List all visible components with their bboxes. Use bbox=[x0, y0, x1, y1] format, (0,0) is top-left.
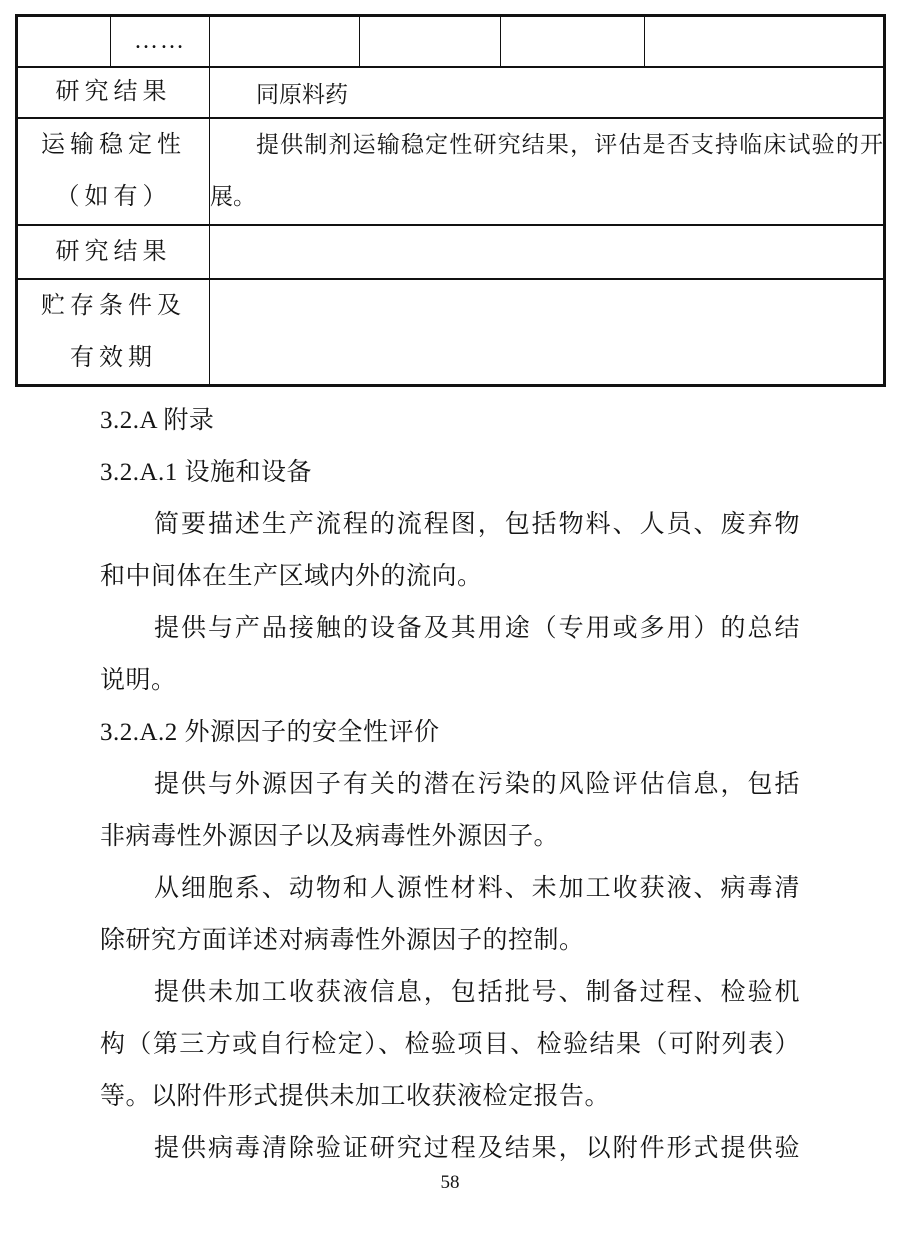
table-row-transport-stability: 运输稳定性 （如有） 提供制剂运输稳定性研究结果，评估是否支持临床试验的开 展。 bbox=[17, 118, 885, 225]
stability-summary-table: …… 研究结果 同原料药 运输稳定性 （如有） bbox=[15, 14, 886, 387]
body-line: 非病毒性外源因子以及病毒性外源因子。 bbox=[100, 811, 800, 863]
body-line: 提供病毒清除验证研究过程及结果，以附件形式提供验 bbox=[100, 1123, 800, 1175]
section-heading-3-2-A: 3.2.A 附录 bbox=[100, 395, 800, 447]
section-heading-3-2-A-2: 3.2.A.2 外源因子的安全性评价 bbox=[100, 707, 800, 759]
body-line: 提供与外源因子有关的潜在污染的风险评估信息，包括 bbox=[100, 759, 800, 811]
row-label-line2: 有效期 bbox=[18, 332, 209, 384]
body-line: 和中间体在生产区域内外的流向。 bbox=[100, 551, 800, 603]
document-body: 3.2.A 附录 3.2.A.1 设施和设备 简要描述生产流程的流程图，包括物料… bbox=[100, 395, 800, 1175]
body-line: 简要描述生产流程的流程图，包括物料、人员、废弃物 bbox=[100, 499, 800, 551]
document-page: …… 研究结果 同原料药 运输稳定性 （如有） bbox=[0, 0, 900, 1237]
row-label-line1: 运输稳定性 bbox=[18, 119, 209, 171]
body-line: 构（第三方或自行检定）、检验项目、检验结果（可附列表） bbox=[100, 1019, 800, 1071]
table-cell-empty bbox=[645, 16, 885, 67]
table-row-study-result-1: 研究结果 同原料药 bbox=[17, 67, 885, 118]
row-content-line1: 提供制剂运输稳定性研究结果，评估是否支持临床试验的开 bbox=[210, 119, 883, 171]
table-cell-empty bbox=[501, 16, 645, 67]
row-content-line2: 展。 bbox=[210, 171, 883, 223]
table-cell-label: 贮存条件及 有效期 bbox=[17, 279, 210, 386]
table-cell-content: 提供制剂运输稳定性研究结果，评估是否支持临床试验的开 展。 bbox=[210, 118, 885, 225]
row-label-line1: 贮存条件及 bbox=[18, 280, 209, 332]
table-cell-content bbox=[210, 225, 885, 279]
table-row-storage-condition: 贮存条件及 有效期 bbox=[17, 279, 885, 386]
section-heading-3-2-A-1: 3.2.A.1 设施和设备 bbox=[100, 447, 800, 499]
body-line: 提供未加工收获液信息，包括批号、制备过程、检验机 bbox=[100, 967, 800, 1019]
table-cell-label: 研究结果 bbox=[17, 225, 210, 279]
page-number: 58 bbox=[0, 1172, 900, 1194]
row-label-line2: （如有） bbox=[18, 171, 209, 223]
body-line: 提供与产品接触的设备及其用途（专用或多用）的总结 bbox=[100, 603, 800, 655]
row-label: 研究结果 bbox=[18, 80, 209, 104]
table-cell-ellipsis: …… bbox=[111, 16, 210, 67]
table-cell-content bbox=[210, 279, 885, 386]
table-row-continuation: …… bbox=[17, 16, 885, 67]
table-row-study-result-2: 研究结果 bbox=[17, 225, 885, 279]
table-cell-empty bbox=[360, 16, 501, 67]
table-cell-empty bbox=[210, 16, 360, 67]
body-line: 说明。 bbox=[100, 655, 800, 707]
body-line: 从细胞系、动物和人源性材料、未加工收获液、病毒清 bbox=[100, 863, 800, 915]
body-line: 等。以附件形式提供未加工收获液检定报告。 bbox=[100, 1071, 800, 1123]
table-cell-label: 运输稳定性 （如有） bbox=[17, 118, 210, 225]
table-cell-label: 研究结果 bbox=[17, 67, 210, 118]
table-cell-content: 同原料药 bbox=[210, 67, 885, 118]
table-cell-empty bbox=[17, 16, 111, 67]
row-label: 研究结果 bbox=[18, 240, 209, 264]
body-line: 除研究方面详述对病毒性外源因子的控制。 bbox=[100, 915, 800, 967]
row-content: 同原料药 bbox=[210, 76, 883, 109]
